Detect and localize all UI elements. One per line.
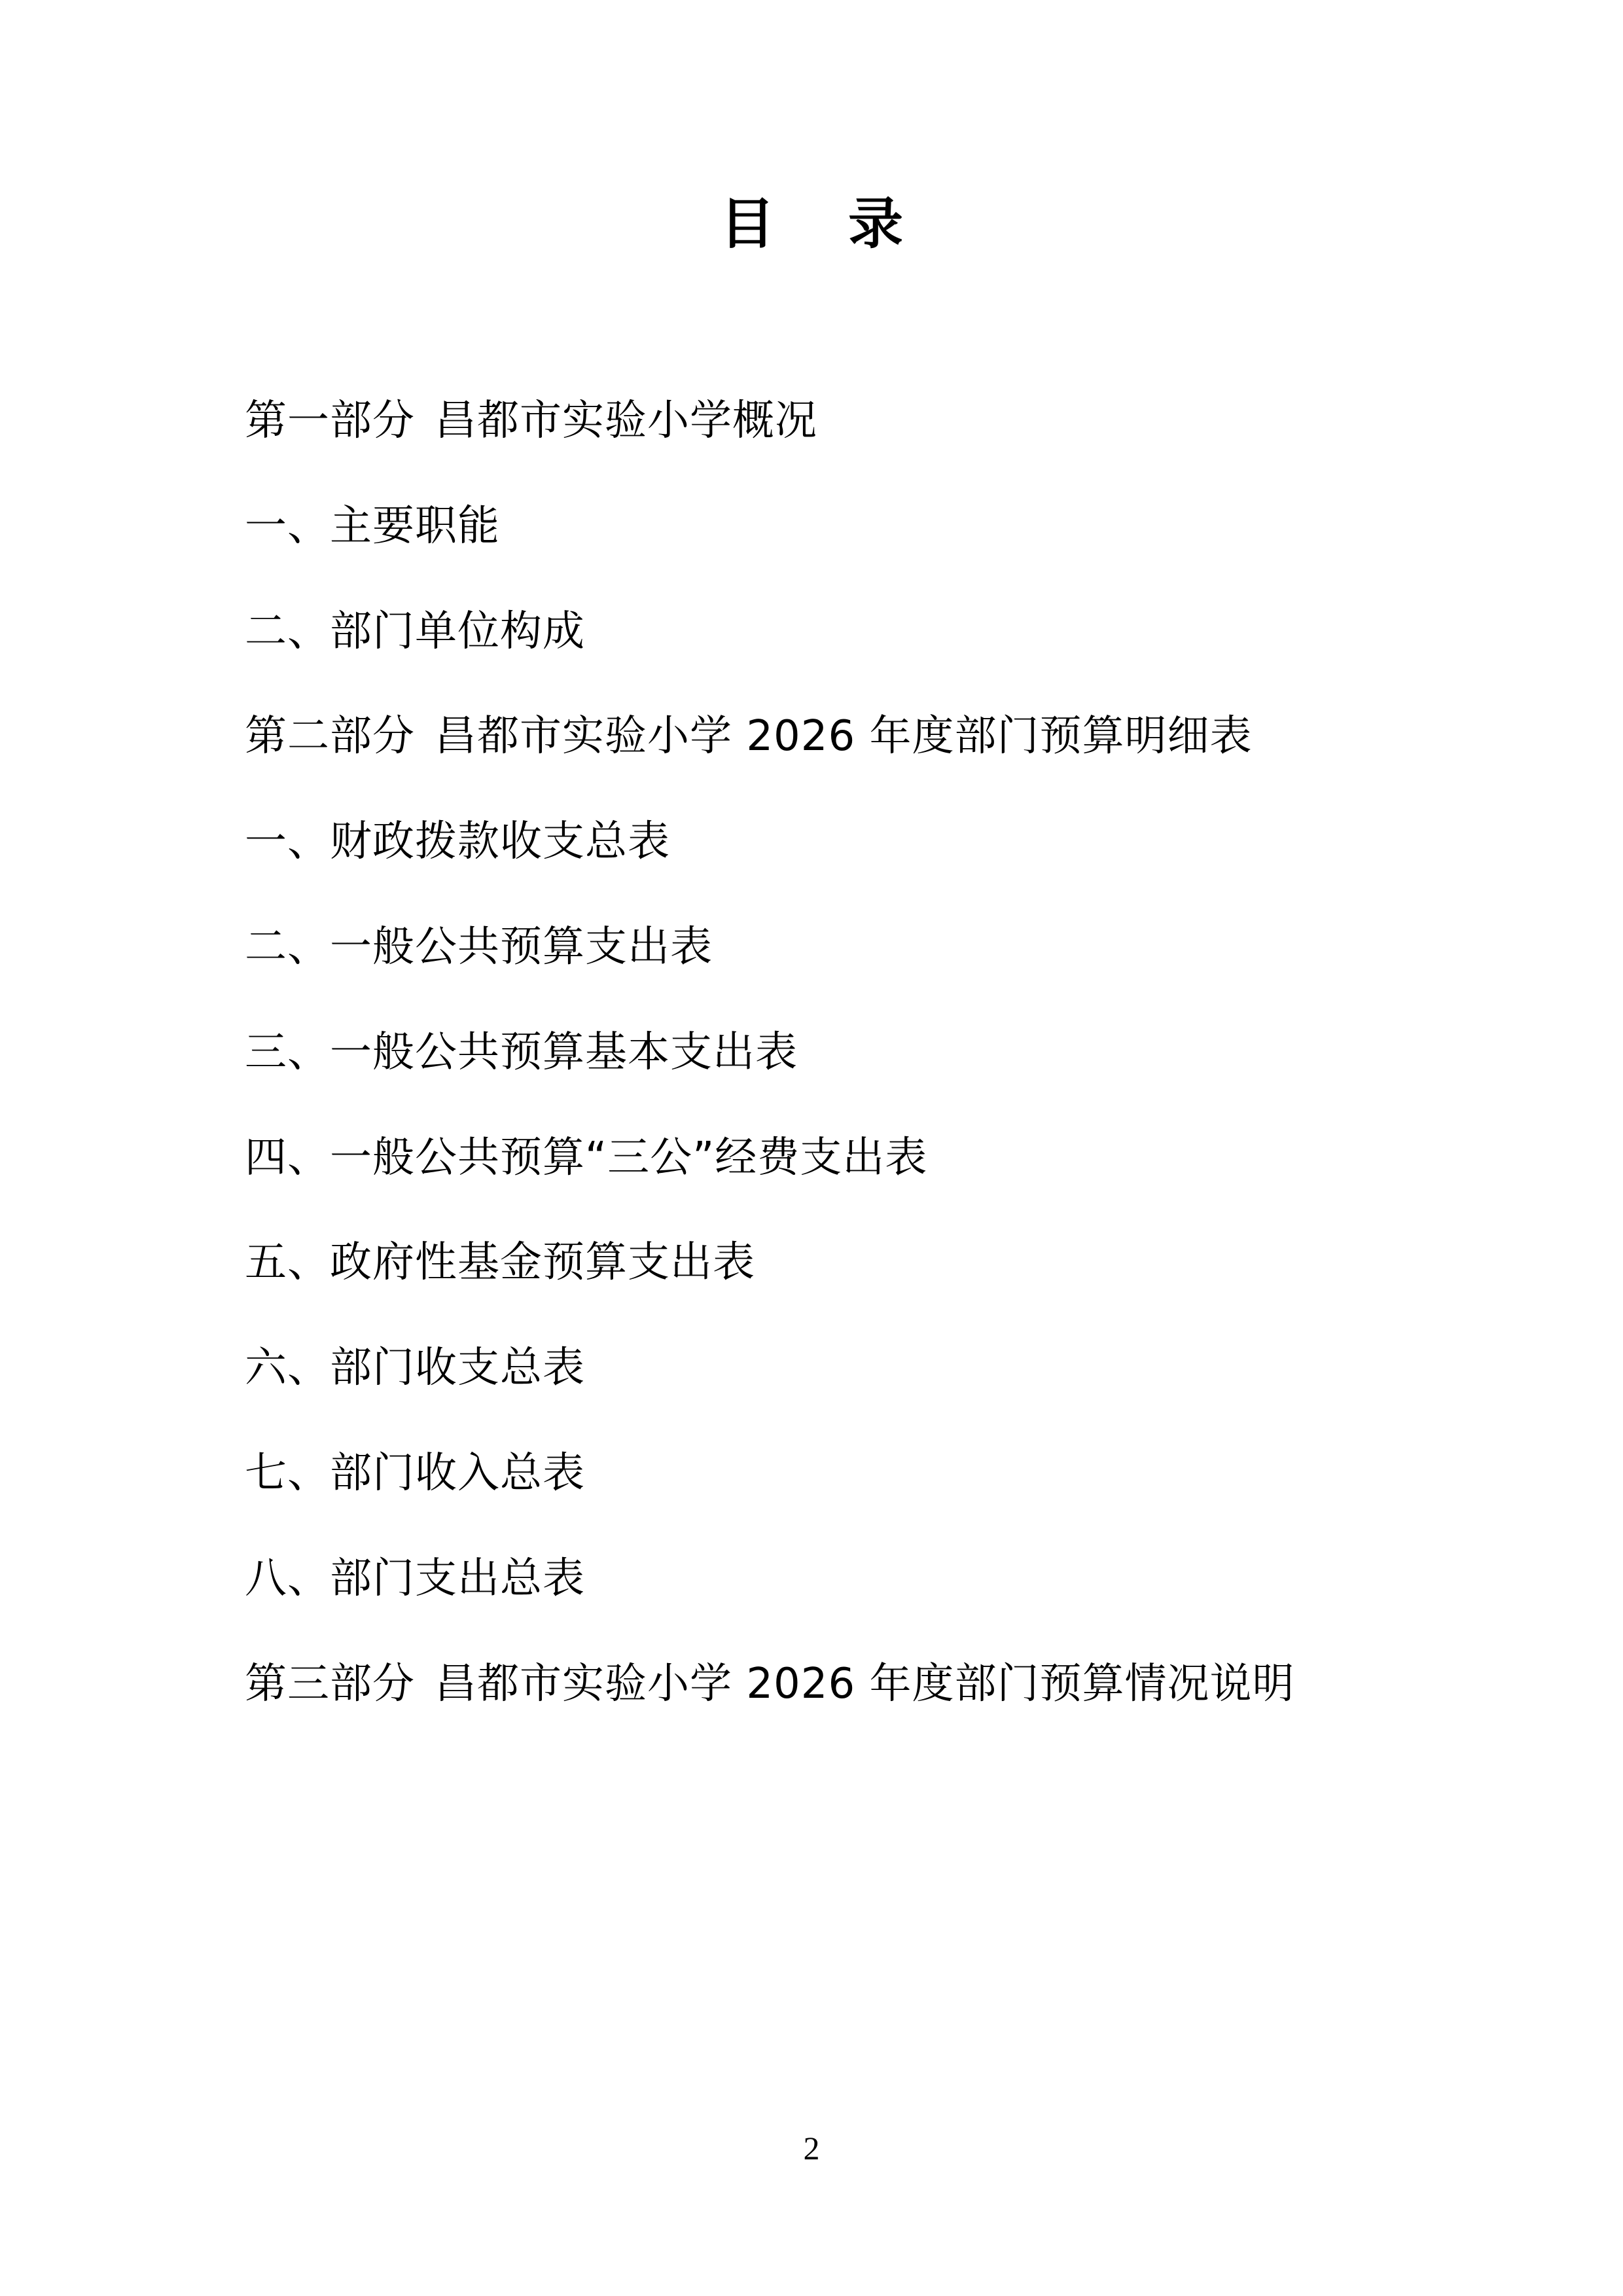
toc-part-label: 第一部分 [245,397,415,445]
toc-item-main-functions[interactable]: 一、主要职能 [245,474,1295,579]
page-number: 2 [0,2128,1623,2168]
toc-item-label: 二、一般公共预算支出表 [245,923,713,971]
toc-item-label: 三、一般公共预算基本支出表 [245,1028,798,1077]
toc-item-label: 一、主要职能 [245,502,500,550]
toc-item-basic-expenditure[interactable]: 三、一般公共预算基本支出表 [245,1000,1295,1105]
toc-item-label: 二、部门单位构成 [245,607,585,656]
toc-item-dept-income[interactable]: 七、部门收入总表 [245,1421,1295,1526]
toc-item-label: 八、部门支出总表 [245,1554,585,1603]
page-title: 目录 [0,191,1623,257]
toc-item-label: 四、一般公共预算“三公”经费支出表 [245,1134,927,1182]
toc-item-fiscal-appropriation[interactable]: 一、财政拨款收支总表 [245,789,1295,895]
toc-item-label: 五、政府性基金预算支出表 [245,1238,755,1287]
toc-item-government-fund[interactable]: 五、政府性基金预算支出表 [245,1210,1295,1316]
table-of-contents: 第一部分昌都市实验小学概况 一、主要职能 二、部门单位构成 第二部分昌都市实验小… [245,368,1295,1736]
toc-part-label: 第三部分 [245,1660,415,1708]
toc-item-label: 七、部门收入总表 [245,1449,585,1498]
toc-item-label: 一、财政拨款收支总表 [245,817,670,866]
toc-item-dept-income-expense[interactable]: 六、部门收支总表 [245,1316,1295,1421]
toc-part-1[interactable]: 第一部分昌都市实验小学概况 [245,368,1295,474]
toc-part-title: 昌都市实验小学 2026 年度部门预算情况说明 [435,1660,1295,1708]
toc-part-3[interactable]: 第三部分昌都市实验小学 2026 年度部门预算情况说明 [245,1632,1295,1737]
toc-item-general-public-budget-expenditure[interactable]: 二、一般公共预算支出表 [245,895,1295,1000]
toc-part-title: 昌都市实验小学 2026 年度部门预算明细表 [435,712,1253,761]
toc-part-title: 昌都市实验小学概况 [435,397,817,445]
page-title-char-2: 录 [848,191,903,256]
toc-part-2[interactable]: 第二部分昌都市实验小学 2026 年度部门预算明细表 [245,684,1295,789]
toc-item-three-public-expenses[interactable]: 四、一般公共预算“三公”经费支出表 [245,1105,1295,1211]
page-title-char-1: 目 [720,191,775,256]
toc-part-label: 第二部分 [245,712,415,761]
toc-item-dept-expense[interactable]: 八、部门支出总表 [245,1526,1295,1632]
toc-item-unit-composition[interactable]: 二、部门单位构成 [245,579,1295,685]
toc-item-label: 六、部门收支总表 [245,1344,585,1392]
